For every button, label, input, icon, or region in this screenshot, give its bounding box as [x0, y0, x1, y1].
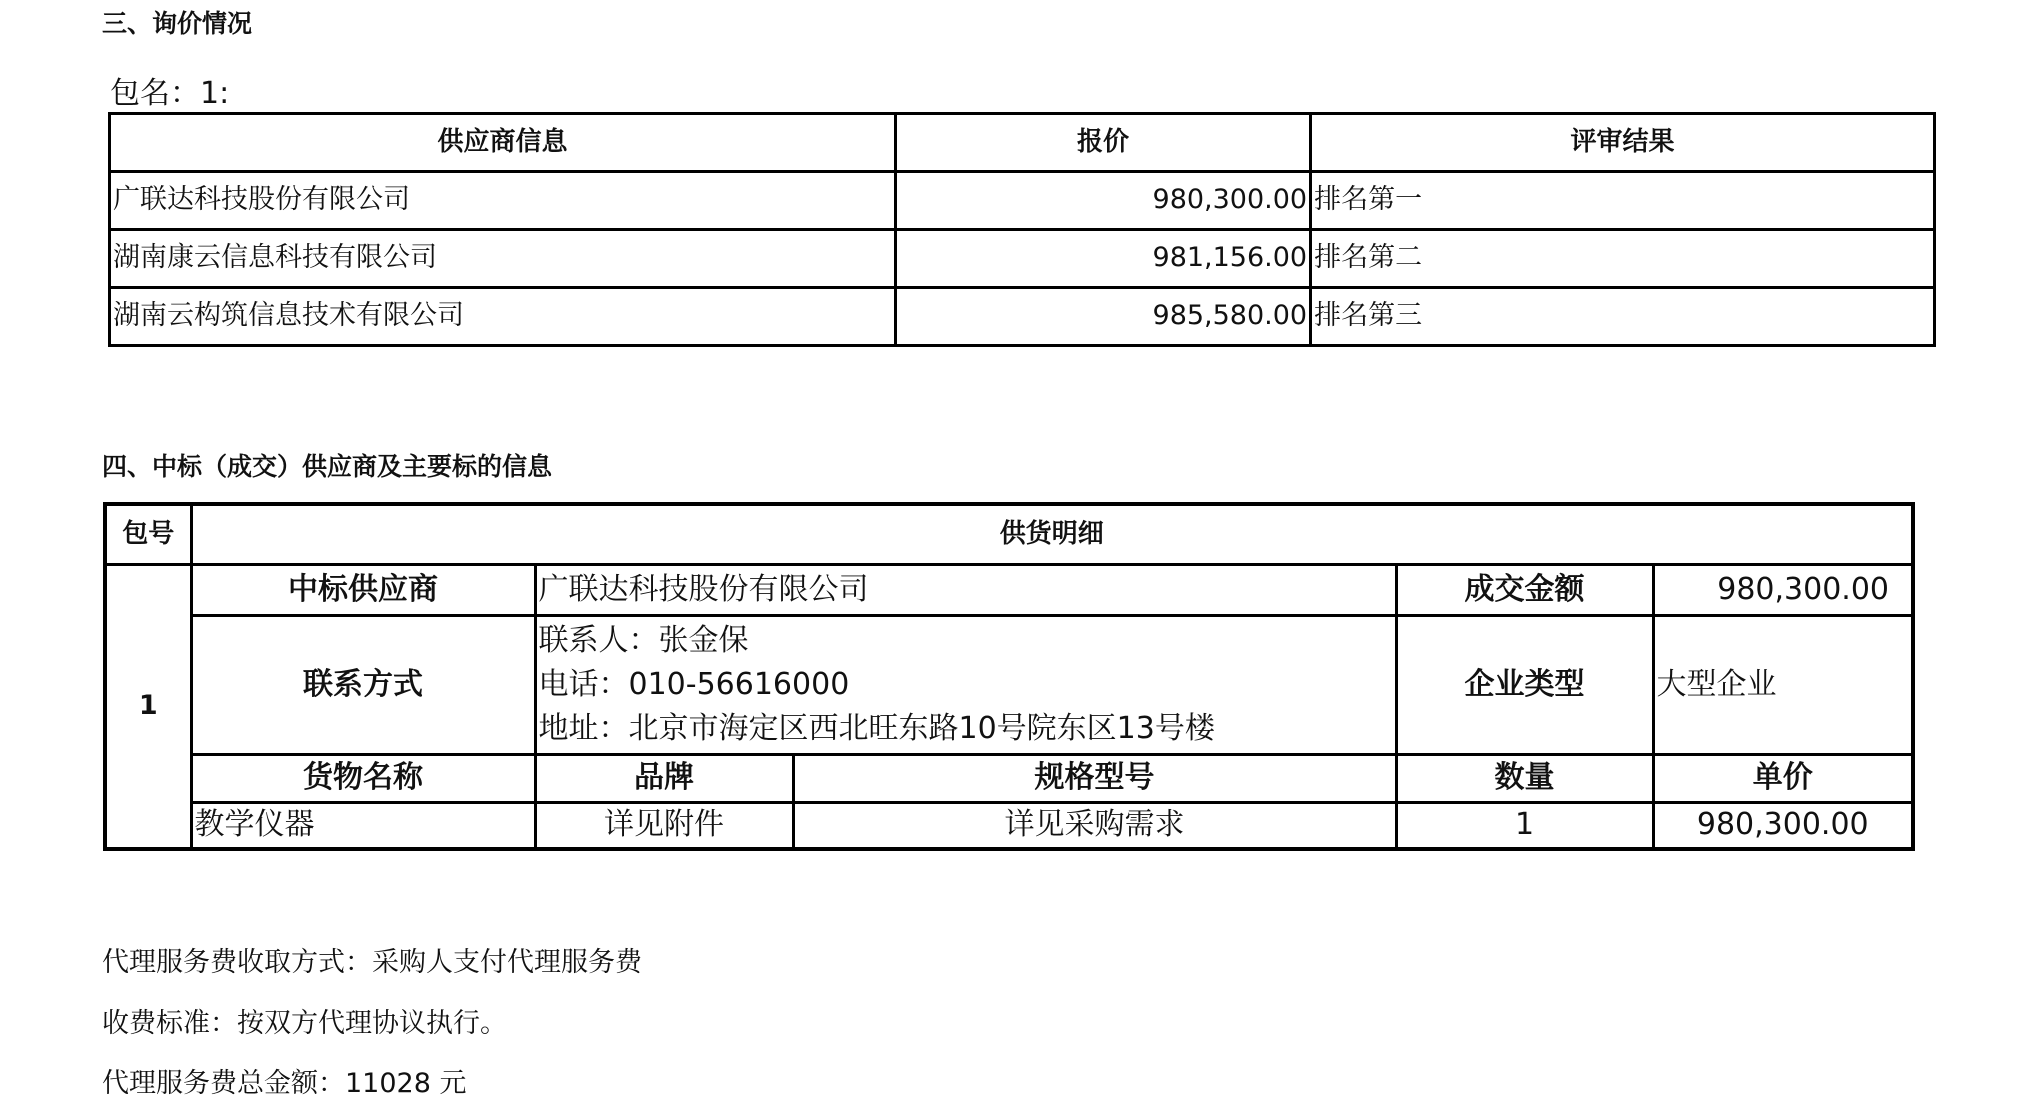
winner-row: 1 中标供应商 广联达科技股份有限公司 成交金额 980,300.00 — [105, 564, 1913, 615]
supplier-name: 广联达科技股份有限公司 — [110, 172, 896, 230]
contact-address: 地址：北京市海定区西北旺东路10号院东区13号楼 — [539, 707, 1393, 751]
header-supplier: 供应商信息 — [110, 114, 896, 172]
quote-price: 985,580.00 — [895, 288, 1310, 346]
review-result: 排名第一 — [1311, 172, 1935, 230]
table-row: 广联达科技股份有限公司 980,300.00 排名第一 — [110, 172, 1935, 230]
spec: 详见采购需求 — [793, 802, 1396, 849]
contact-label: 联系方式 — [191, 615, 535, 754]
contact-value: 联系人：张金保 电话：010-56616000 地址：北京市海定区西北旺东路10… — [535, 615, 1396, 754]
contact-phone: 电话：010-56616000 — [539, 663, 1393, 707]
amount-value: 980,300.00 — [1653, 564, 1913, 615]
brand-header: 品牌 — [535, 754, 793, 802]
goods-name-header: 货物名称 — [191, 754, 535, 802]
brand: 详见附件 — [535, 802, 793, 849]
table-header-row: 包号 供货明细 — [105, 504, 1913, 564]
goods-header-row: 货物名称 品牌 规格型号 数量 单价 — [105, 754, 1913, 802]
fee-standard: 收费标准：按双方代理协议执行。 — [102, 1001, 507, 1040]
fee-method: 代理服务费收取方式：采购人支付代理服务费 — [102, 940, 642, 979]
package-no: 1 — [105, 564, 191, 849]
unit-price: 980,300.00 — [1653, 802, 1913, 849]
contact-row: 联系方式 联系人：张金保 电话：010-56616000 地址：北京市海定区西北… — [105, 615, 1913, 754]
table-header-row: 供应商信息 报价 评审结果 — [110, 114, 1935, 172]
enterprise-type-label: 企业类型 — [1396, 615, 1653, 754]
section-4-title: 四、中标（成交）供应商及主要标的信息 — [102, 447, 552, 483]
quantity-header: 数量 — [1396, 754, 1653, 802]
review-result: 排名第三 — [1311, 288, 1935, 346]
supplier-name: 湖南云构筑信息技术有限公司 — [110, 288, 896, 346]
unit-price-header: 单价 — [1653, 754, 1913, 802]
section-3-title: 三、询价情况 — [102, 4, 252, 40]
goods-name: 教学仪器 — [191, 802, 535, 849]
quotation-table: 供应商信息 报价 评审结果 广联达科技股份有限公司 980,300.00 排名第… — [108, 112, 1936, 347]
table-row: 湖南康云信息科技有限公司 981,156.00 排名第二 — [110, 230, 1935, 288]
supplier-name: 湖南康云信息科技有限公司 — [110, 230, 896, 288]
award-table: 包号 供货明细 1 中标供应商 广联达科技股份有限公司 成交金额 980,300… — [103, 502, 1915, 851]
quote-price: 980,300.00 — [895, 172, 1310, 230]
package-name: 包名：1: — [110, 68, 229, 112]
quantity: 1 — [1396, 802, 1653, 849]
quote-price: 981,156.00 — [895, 230, 1310, 288]
review-result: 排名第二 — [1311, 230, 1935, 288]
enterprise-type-value: 大型企业 — [1653, 615, 1913, 754]
header-supply-detail: 供货明细 — [191, 504, 1913, 564]
header-package-no: 包号 — [105, 504, 191, 564]
table-row: 教学仪器 详见附件 详见采购需求 1 980,300.00 — [105, 802, 1913, 849]
amount-label: 成交金额 — [1396, 564, 1653, 615]
fee-total: 代理服务费总金额：11028 元 — [102, 1061, 466, 1100]
header-price: 报价 — [895, 114, 1310, 172]
header-result: 评审结果 — [1311, 114, 1935, 172]
winner-value: 广联达科技股份有限公司 — [535, 564, 1396, 615]
spec-header: 规格型号 — [793, 754, 1396, 802]
contact-person: 联系人：张金保 — [539, 619, 1393, 663]
table-row: 湖南云构筑信息技术有限公司 985,580.00 排名第三 — [110, 288, 1935, 346]
winner-label: 中标供应商 — [191, 564, 535, 615]
